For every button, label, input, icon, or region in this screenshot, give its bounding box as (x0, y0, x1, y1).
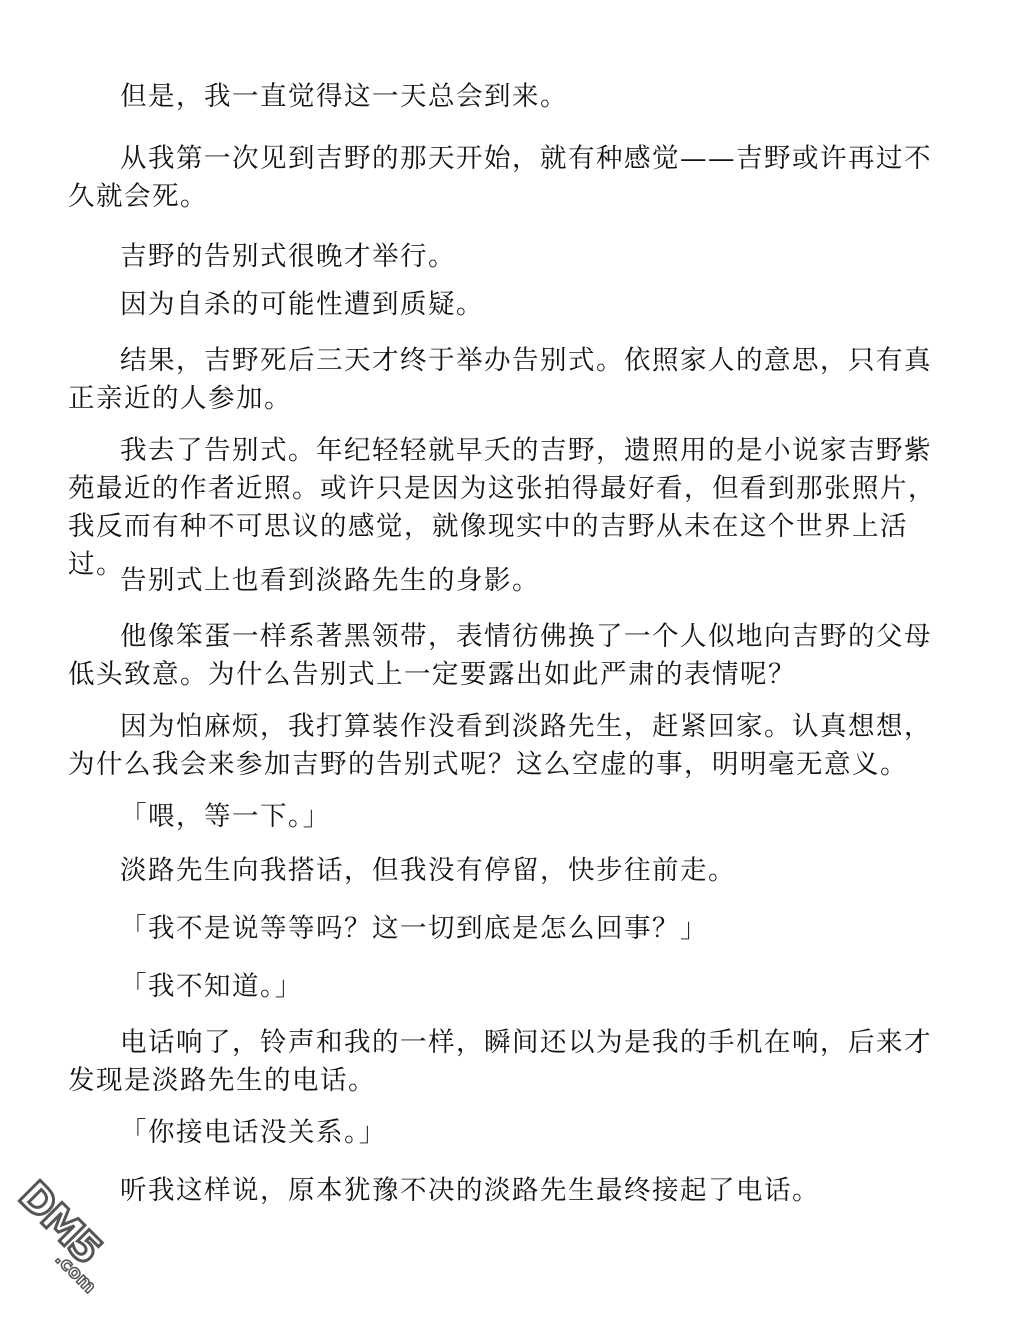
dialogue-line: 「你接电话没关系。」 (68, 1114, 953, 1152)
paragraph: 电话响了，铃声和我的一样，瞬间还以为是我的手机在响，后来才发现是淡路先生的电话。 (68, 1024, 953, 1100)
paragraph: 但是，我一直觉得这一天总会到来。 (68, 78, 953, 116)
paragraph: 他像笨蛋一样系著黑领带，表情彷佛换了一个人似地向吉野的父母低头致意。为什么告别式… (68, 618, 953, 694)
dialogue-line: 「喂，等一下。」 (68, 798, 953, 836)
dialogue-line: 「我不是说等等吗？这一切到底是怎么回事？」 (68, 910, 953, 948)
paragraph: 结果，吉野死后三天才终于举办告别式。依照家人的意思，只有真正亲近的人参加。 (68, 342, 953, 418)
paragraph: 听我这样说，原本犹豫不决的淡路先生最终接起了电话。 (68, 1172, 953, 1210)
dialogue-line: 「我不知道。」 (68, 968, 953, 1006)
paragraph: 吉野的告别式很晚才举行。 (68, 238, 953, 276)
paragraph: 告别式上也看到淡路先生的身影。 (68, 562, 953, 600)
paragraph: 因为自杀的可能性遭到质疑。 (68, 286, 953, 324)
paragraph: 因为怕麻烦，我打算装作没看到淡路先生，赶紧回家。认真想想，为什么我会来参加吉野的… (68, 708, 953, 784)
paragraph: 淡路先生向我搭话，但我没有停留，快步往前走。 (68, 852, 953, 890)
paragraph: 从我第一次见到吉野的那天开始，就有种感觉——吉野或许再过不久就会死。 (68, 140, 953, 216)
